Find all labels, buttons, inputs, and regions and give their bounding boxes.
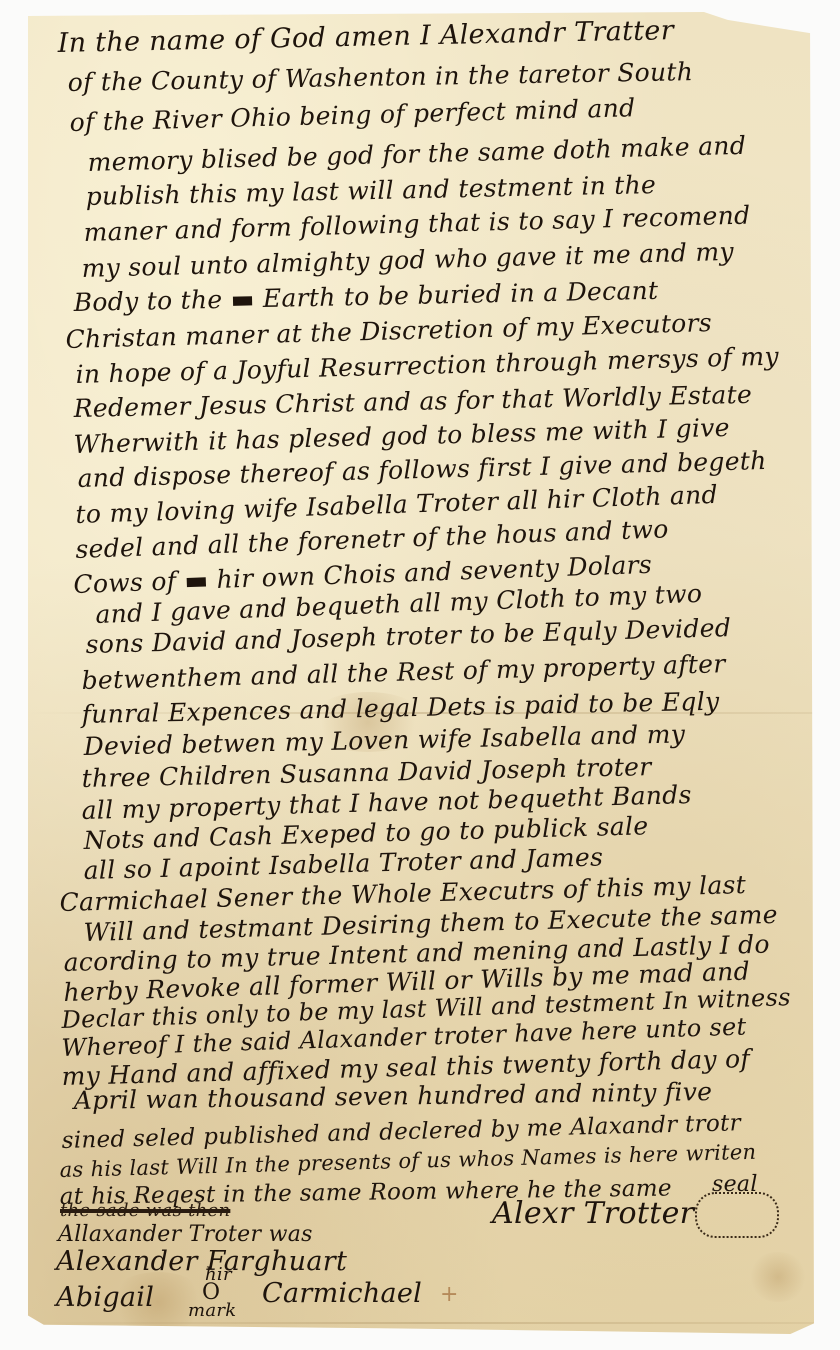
seal-label: seal: [712, 1172, 758, 1197]
seal-flourish: [695, 1192, 779, 1238]
witness-signature-last: Carmichael: [262, 1278, 422, 1309]
struck-out-line: the sade was then: [60, 1200, 230, 1221]
witness-line: Allaxander Troter was: [58, 1222, 313, 1247]
witness-signature-first: Abigail: [56, 1282, 154, 1313]
testator-signature: Alexr Trotter: [492, 1196, 694, 1231]
witness-signature: Alexander Farghuart: [56, 1246, 347, 1277]
mark-label: mark: [188, 1300, 237, 1321]
x-mark: +: [440, 1282, 459, 1307]
paper-stain: [748, 1252, 808, 1302]
